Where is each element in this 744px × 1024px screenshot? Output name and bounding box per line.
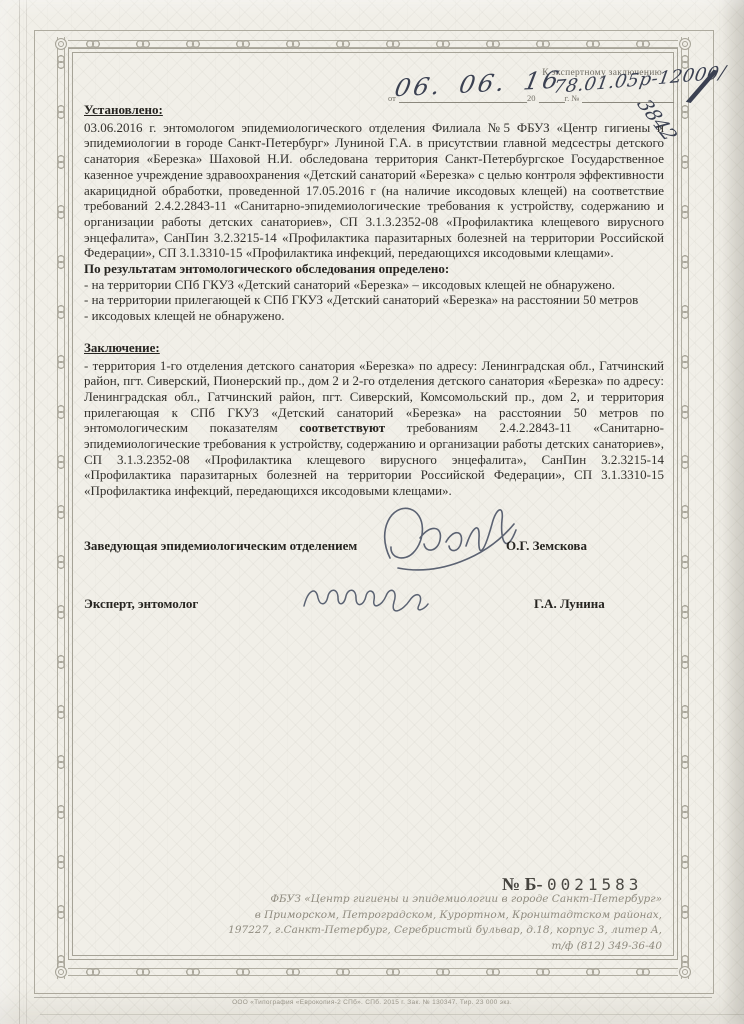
signatory-role: Заведующая эпидемиологическим отделением — [84, 538, 357, 554]
conclusion-paragraph: - территория 1-го отделения детского сан… — [84, 358, 664, 499]
issuer-line: в Приморском, Петроградском, Курортном, … — [200, 908, 662, 924]
signatory-name: Г.А. Лунина — [534, 596, 605, 612]
divider-line — [34, 997, 712, 998]
printing-house-info: ООО «Типография «Еврокопия-2 СПб». СПб. … — [0, 999, 744, 1006]
corner-knot-icon — [55, 966, 67, 978]
signatory-name: О.Г. Земскова — [506, 538, 587, 554]
serial-prefix: № Б- — [502, 874, 542, 894]
issuer-line: 197227, г.Санкт-Петербург, Серебристый б… — [200, 923, 662, 939]
spacer — [84, 324, 664, 340]
signature-zemskova — [368, 496, 518, 578]
paper-edge-line — [40, 1014, 744, 1015]
document-body: Установлено: 03.06.2016 г. энтомологом э… — [84, 102, 664, 499]
corner-knot-icon — [679, 966, 691, 978]
conclusion-heading: Заключение: — [84, 340, 664, 356]
paper-edge-line — [19, 0, 20, 1024]
signatory-role: Эксперт, энтомолог — [84, 596, 198, 612]
issuer-line: ФБУЗ «Центр гигиены и эпидемиологии в го… — [200, 892, 662, 908]
results-heading: По результатам энтомологического обследо… — [84, 261, 664, 277]
conclusion-bold-word: соответствуют — [299, 420, 385, 435]
corner-knot-icon — [55, 38, 67, 50]
established-paragraph: 03.06.2016 г. энтомологом эпидемиологиче… — [84, 120, 664, 261]
finding-item: - на территории прилегающей к СПб ГКУЗ «… — [84, 292, 664, 308]
issuer-line: т/ф (812) 349-36-40 — [200, 939, 662, 955]
scanned-certificate-page: К экспертному заключению от 20 г. № 06. … — [0, 0, 744, 1024]
established-heading: Установлено: — [84, 102, 664, 118]
corner-knot-icon — [679, 38, 691, 50]
finding-item: - иксодовых клещей не обнаружено. — [84, 308, 664, 324]
finding-item: - на территории СПб ГКУЗ «Детский санато… — [84, 277, 664, 293]
paper-edge-line — [26, 0, 27, 1024]
issuer-address-block: ФБУЗ «Центр гигиены и эпидемиологии в го… — [200, 892, 662, 954]
signature-lunina — [298, 576, 430, 616]
